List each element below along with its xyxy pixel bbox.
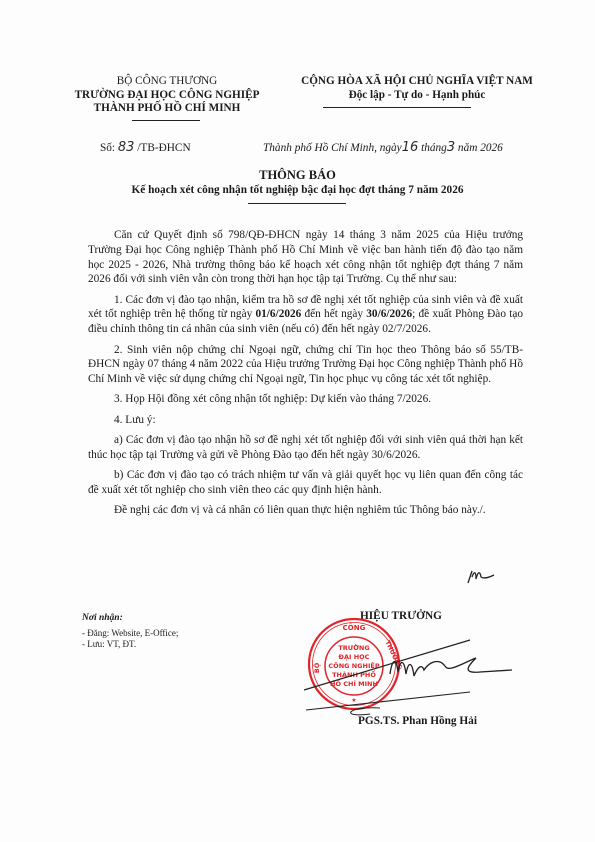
national-motto: Độc lập - Tự do - Hạnh phúc [262, 89, 572, 103]
item-4b: b) Các đơn vị đào tạo có trách nhiệm tư … [88, 468, 523, 498]
handwritten-number: 83 [118, 140, 135, 155]
document-body: Căn cứ Quyết định số 798/QĐ-ĐHCN ngày 14… [88, 228, 523, 524]
header-right-divider [323, 107, 471, 108]
document-subtitle: Kế hoạch xét công nhận tốt nghiệp bậc đạ… [0, 184, 595, 196]
subtitle-divider [248, 203, 346, 204]
initials-mark-icon [466, 567, 496, 585]
university-name-line2: THÀNH PHỐ HỒ CHÍ MINH [62, 102, 272, 116]
item-2: 2. Sinh viên nộp chứng chỉ Ngoại ngữ, ch… [88, 343, 523, 387]
issuing-authority: BỘ CÔNG THƯƠNG TRƯỜNG ĐẠI HỌC CÔNG NGHIỆ… [62, 75, 272, 116]
header-left-divider [132, 120, 200, 121]
recipient-item: - Đăng: Website, E-Office; [82, 628, 178, 640]
closing-paragraph: Đề nghị các đơn vị và cá nhân có liên qu… [88, 503, 523, 518]
document-title: THÔNG BÁO [0, 168, 595, 183]
item-4: 4. Lưu ý: [88, 413, 523, 428]
nation-name: CỘNG HÒA XÃ HỘI CHỦ NGHĨA VIỆT NAM [262, 75, 572, 89]
document-number: Số: 83 /TB-ĐHCN [100, 140, 191, 155]
recipient-item: - Lưu: VT, ĐT. [82, 639, 178, 651]
recipients-title: Nơi nhận: [82, 613, 178, 625]
university-name-line1: TRƯỜNG ĐẠI HỌC CÔNG NGHIỆP [62, 89, 272, 103]
ministry-name: BỘ CÔNG THƯƠNG [62, 75, 272, 89]
handwritten-signature-icon [300, 630, 530, 720]
item-3: 3. Họp Hội đồng xét công nhận tốt nghiệp… [88, 392, 523, 407]
issue-date: Thành phố Hồ Chí Minh, ngày16 tháng3 năm… [263, 140, 503, 155]
recipients-block: Nơi nhận: - Đăng: Website, E-Office; - L… [82, 613, 178, 651]
handwritten-month: 3 [447, 140, 455, 155]
national-header: CỘNG HÒA XÃ HỘI CHỦ NGHĨA VIỆT NAM Độc l… [262, 75, 572, 102]
signer-name: PGS.TS. Phan Hồng Hải [358, 715, 477, 727]
item-1: 1. Các đơn vị đào tạo nhận, kiểm tra hồ … [88, 293, 523, 337]
handwritten-day: 16 [402, 140, 419, 155]
intro-paragraph: Căn cứ Quyết định số 798/QĐ-ĐHCN ngày 14… [88, 228, 523, 287]
item-4a: a) Các đơn vị đào tạo nhận hồ sơ đề nghị… [88, 433, 523, 463]
